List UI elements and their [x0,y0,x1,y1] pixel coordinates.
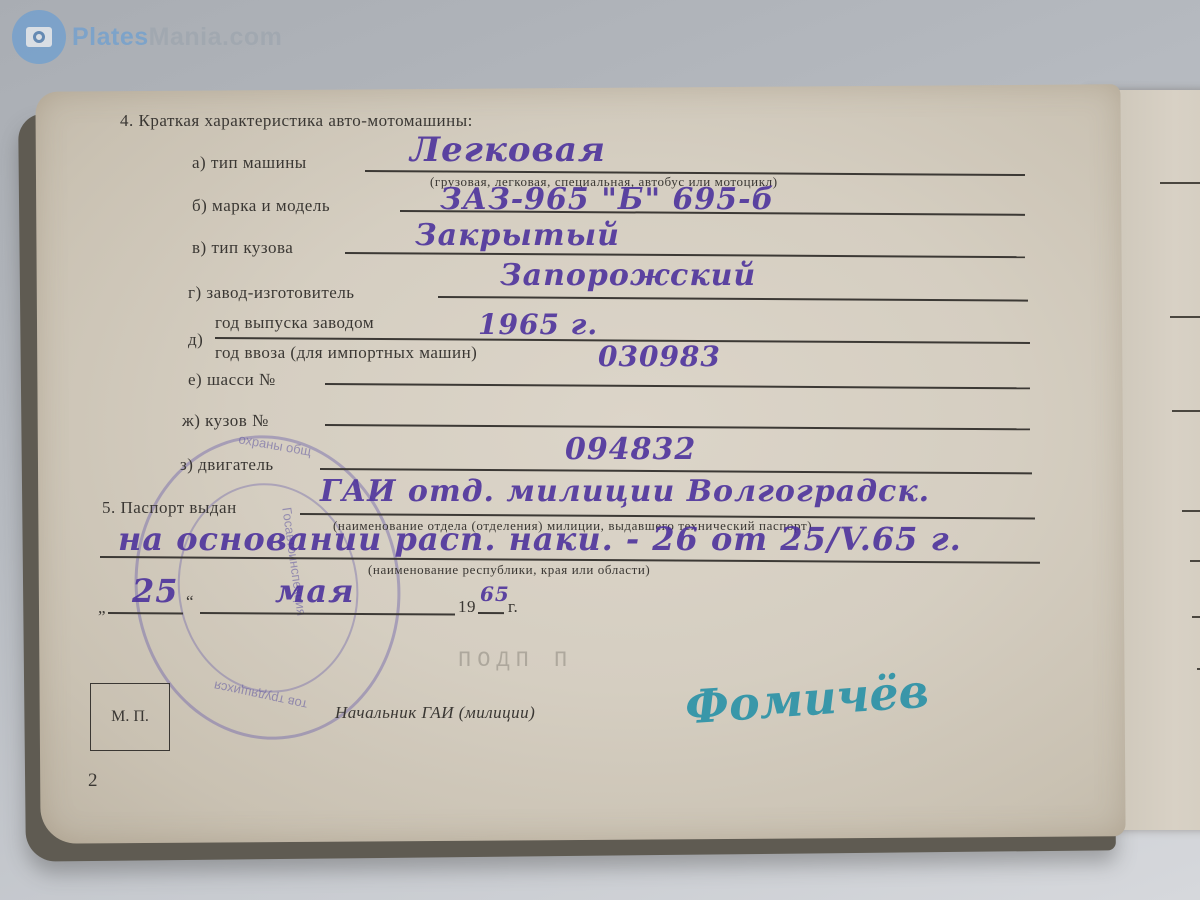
camera-icon [12,10,66,64]
field-value-manufacture-year: 1965 г. [478,308,598,341]
field-label-body-number: ж) кузов № [182,411,269,431]
field-label-engine: з) двигатель [180,455,274,475]
field-label-chassis: е) шасси № [188,370,276,390]
watermark-text: PlatesMania.com [72,23,282,52]
right-page-text: Год и чис ново но [1150,298,1200,366]
field-value-engine: 094832 [565,432,696,467]
stamp-place-label: М. П. [111,708,149,726]
issue-date-day: 25 [132,572,179,610]
field-label-make-model: б) марка и модель [192,196,330,216]
platesmania-watermark: PlatesMania.com [12,10,282,64]
issue-basis-value: на основании расп. наки. - 26 от 25/V.65… [118,520,962,558]
field-value-import-year: 030983 [598,340,721,373]
issue-date-month: мая [275,572,355,610]
issue-basis-hint: (наименование республики, края или облас… [368,562,650,578]
field-value-body-type: Закрытый [415,218,620,253]
field-label-import-year: год ввоза (для импортных машин) [215,343,477,363]
stamp-place-box: М. П. [90,683,170,751]
field-value-manufacturer: Запорожский [500,258,756,293]
field-value-vehicle-type: Легковая [410,130,606,170]
field-label-group-d: д) [188,330,203,350]
page-number: 2 [88,770,98,792]
field-value-make-model: ЗАЗ-965 "Б" 695-б [440,182,774,217]
field-label-body-type: в) тип кузова [192,238,293,258]
issue-date-g: г. [508,597,518,617]
issue-date-year-suffix: 65 [480,582,510,606]
issued-by-value: ГАИ отд. милиции Волгоградск. [320,474,930,509]
section5-label: 5. Паспорт выдан [102,498,237,518]
field-label-vehicle-type: а) тип машины [192,153,307,173]
field-label-manufacture-year: год выпуска заводом [215,313,374,333]
field-label-manufacturer: г) завод-изготовитель [188,283,355,303]
signatory-title: Начальник ГАИ (милиции) [335,703,535,723]
issue-date-year-prefix: 19 [458,597,476,617]
section4-heading: 4. Краткая характеристика авто-мотомашин… [120,111,473,131]
